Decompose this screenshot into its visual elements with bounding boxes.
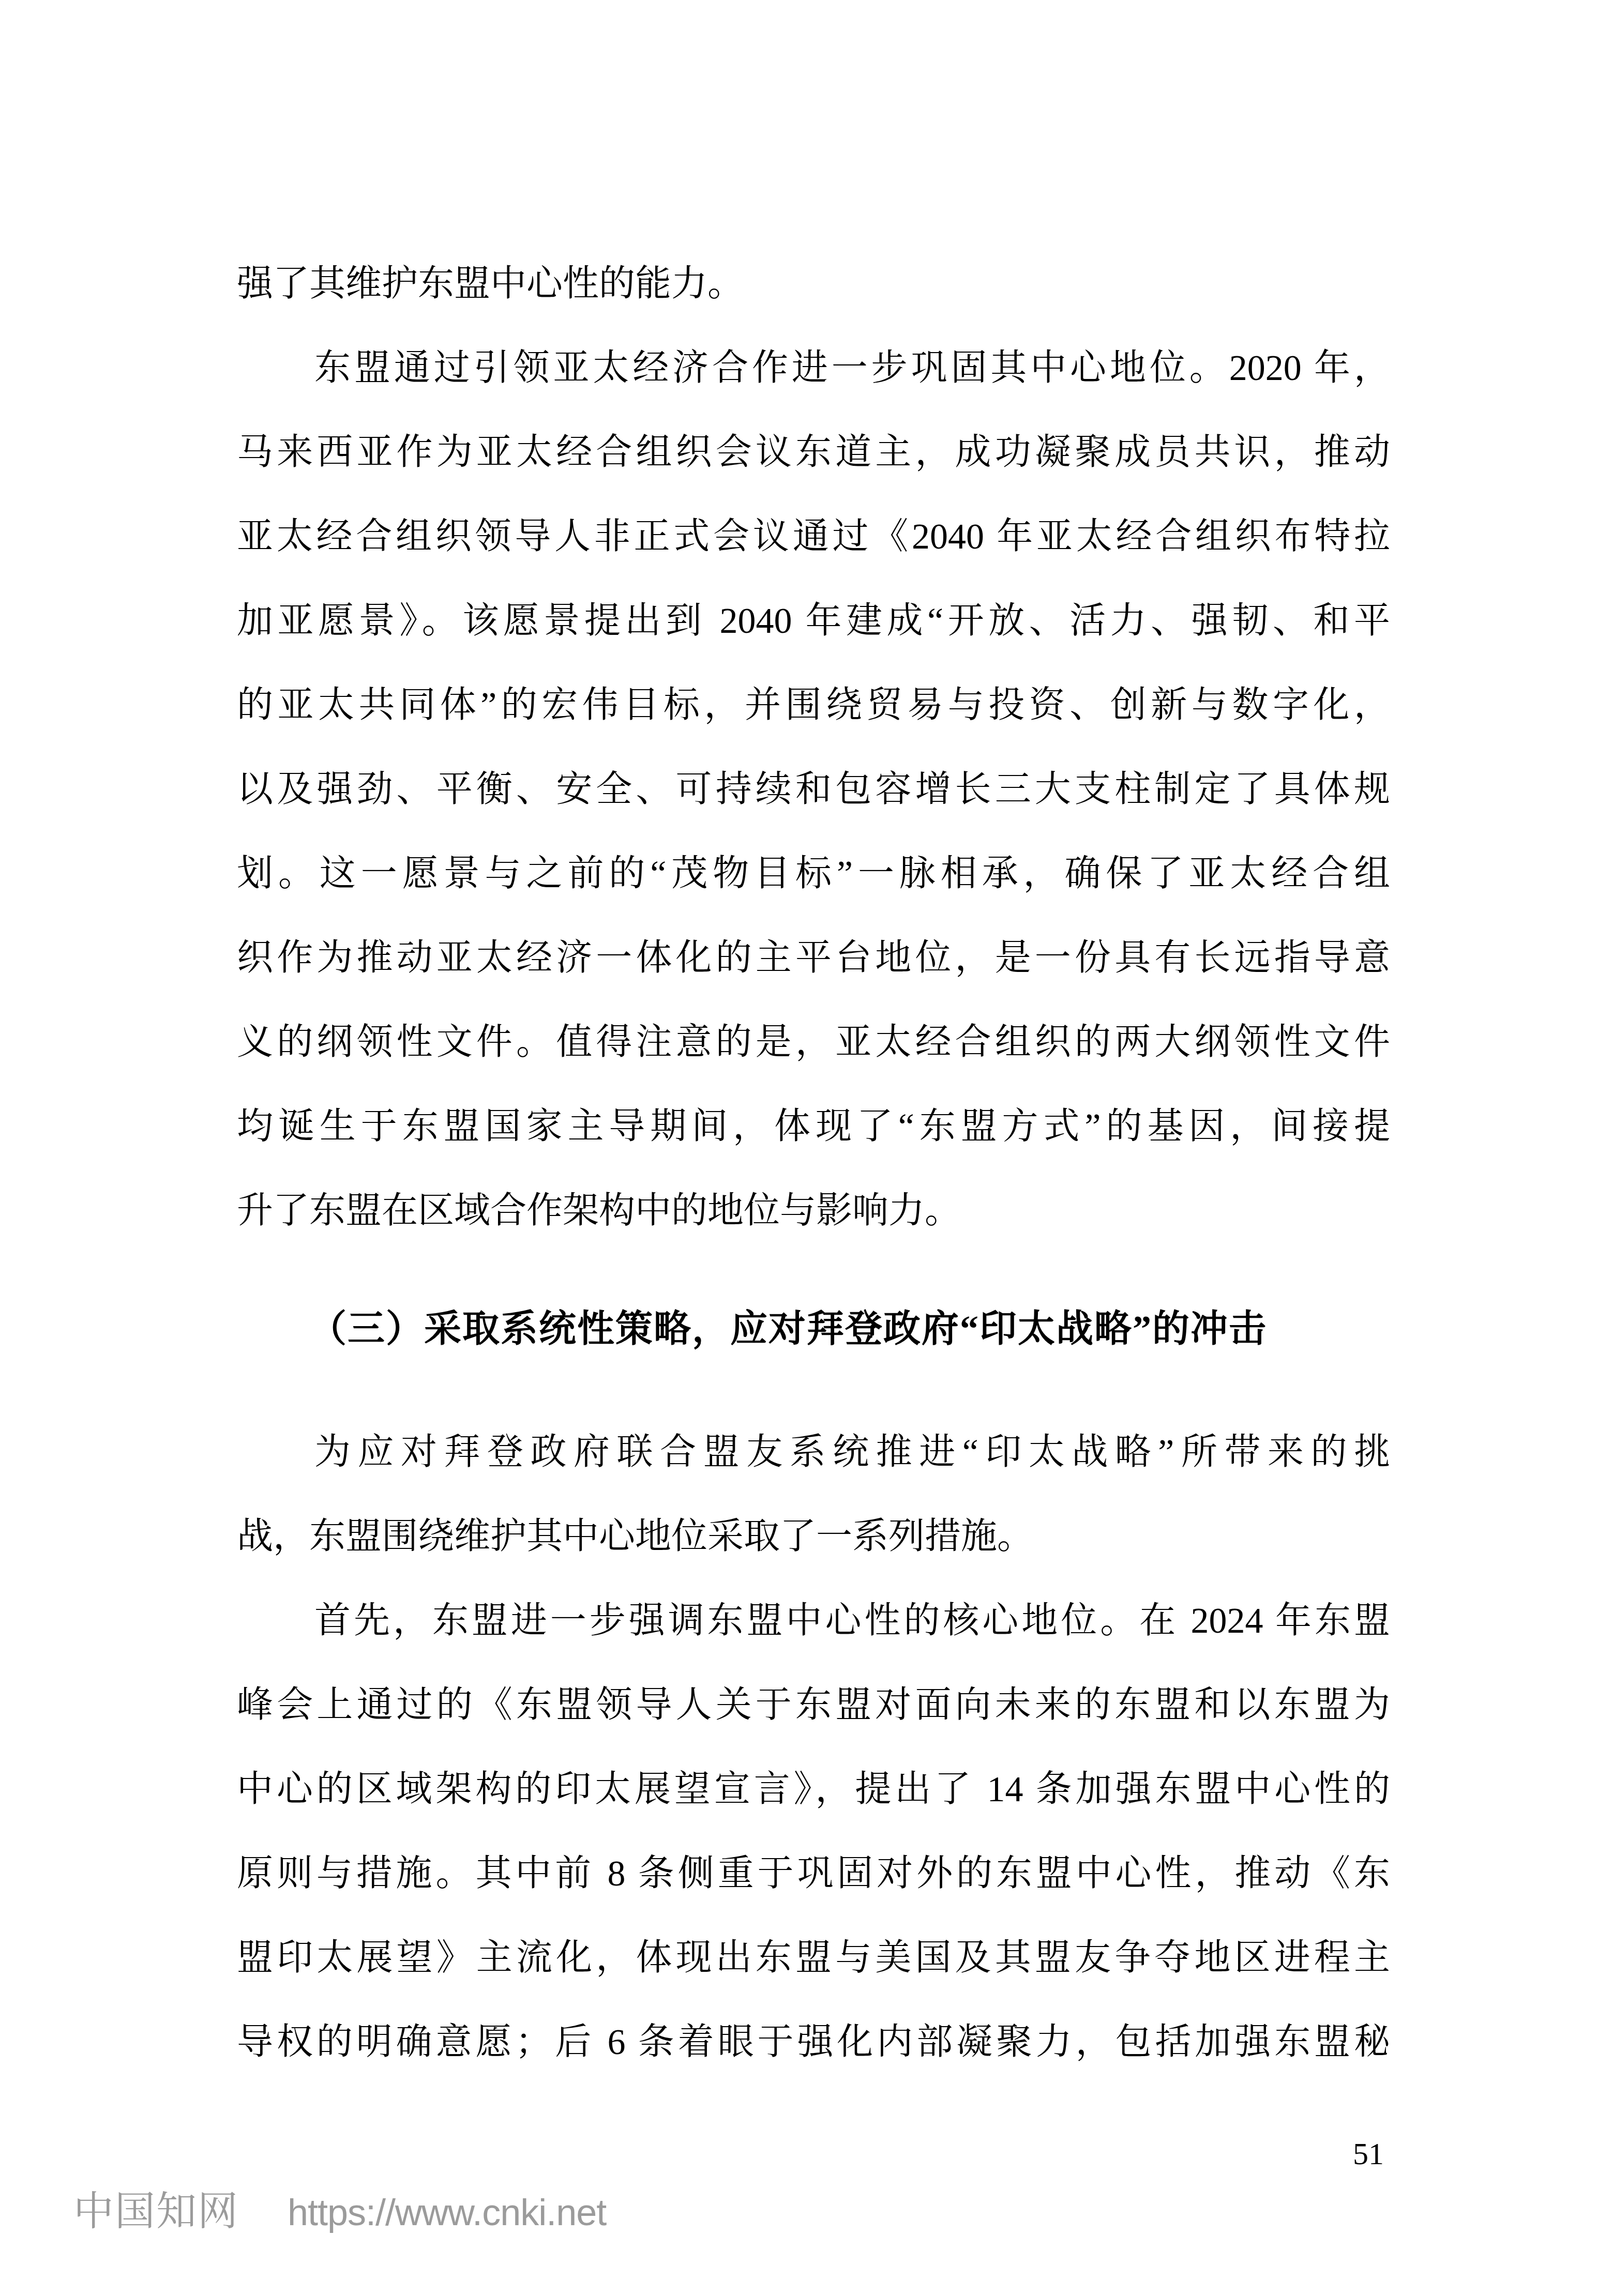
- body-line: 加亚愿景》。该愿景提出到 2040 年建成“开放、活力、强韧、和平: [237, 579, 1390, 663]
- body-line: 强了其维护东盟中心性的能力。: [237, 242, 1390, 326]
- paragraph: 首先，东盟进一步强调东盟中心性的核心地位。在 2024 年东盟 峰会上通过的《东…: [237, 1579, 1390, 2085]
- body-line: 原则与措施。其中前 8 条侧重于巩固对外的东盟中心性，推动《东: [237, 1832, 1390, 1916]
- body-line: 均诞生于东盟国家主导期间，体现了“东盟方式”的基因，间接提: [237, 1085, 1390, 1169]
- document-page: 强了其维护东盟中心性的能力。 东盟通过引领亚太经济合作进一步巩固其中心地位。20…: [0, 0, 1613, 2296]
- paragraph: 为应对拜登政府联合盟友系统推进“印太战略”所带来的挑 战，东盟围绕维护其中心地位…: [237, 1410, 1390, 1579]
- body-line: 为应对拜登政府联合盟友系统推进“印太战略”所带来的挑: [237, 1410, 1390, 1495]
- body-line: 中心的区域架构的印太展望宣言》，提出了 14 条加强东盟中心性的: [237, 1747, 1390, 1832]
- page-number: 51: [1353, 2138, 1384, 2169]
- body-line: 亚太经合组织领导人非正式会议通过《2040 年亚太经合组织布特拉: [237, 495, 1390, 579]
- cnki-watermark-logo-text: 中国知网: [73, 2189, 239, 2233]
- body-line: 义的纲领性文件。值得注意的是，亚太经合组织的两大纲领性文件: [237, 1000, 1390, 1085]
- body-line: 织作为推动亚太经济一体化的主平台地位，是一份具有长远指导意: [237, 916, 1390, 1000]
- body-line: 马来西亚作为亚太经合组织会议东道主，成功凝聚成员共识，推动: [237, 410, 1390, 495]
- text-block: 强了其维护东盟中心性的能力。 东盟通过引领亚太经济合作进一步巩固其中心地位。20…: [237, 242, 1390, 2085]
- body-line: 首先，东盟进一步强调东盟中心性的核心地位。在 2024 年东盟: [237, 1579, 1390, 1663]
- body-line: 东盟通过引领亚太经济合作进一步巩固其中心地位。2020 年，: [237, 326, 1390, 410]
- cnki-watermark-url: https://www.cnki.net: [288, 2192, 606, 2233]
- body-line: 导权的明确意愿；后 6 条着眼于强化内部凝聚力，包括加强东盟秘: [237, 2000, 1390, 2085]
- body-line: 的亚太共同体”的宏伟目标，并围绕贸易与投资、创新与数字化，: [237, 663, 1390, 748]
- body-line: 盟印太展望》主流化，体现出东盟与美国及其盟友争夺地区进程主: [237, 1916, 1390, 2000]
- body-line: 以及强劲、平衡、安全、可持续和包容增长三大支柱制定了具体规: [237, 748, 1390, 832]
- paragraph: 东盟通过引领亚太经济合作进一步巩固其中心地位。2020 年， 马来西亚作为亚太经…: [237, 326, 1390, 1253]
- body-line: 战，东盟围绕维护其中心地位采取了一系列措施。: [237, 1495, 1390, 1579]
- body-line: 升了东盟在区域合作架构中的地位与影响力。: [237, 1169, 1390, 1253]
- body-line: 峰会上通过的《东盟领导人关于东盟对面向未来的东盟和以东盟为: [237, 1663, 1390, 1747]
- body-line: 划。这一愿景与之前的“茂物目标”一脉相承，确保了亚太经合组: [237, 832, 1390, 916]
- section-heading: （三）采取系统性策略，应对拜登政府“印太战略”的冲击: [237, 1287, 1390, 1371]
- paragraph-continuation: 强了其维护东盟中心性的能力。: [237, 242, 1390, 326]
